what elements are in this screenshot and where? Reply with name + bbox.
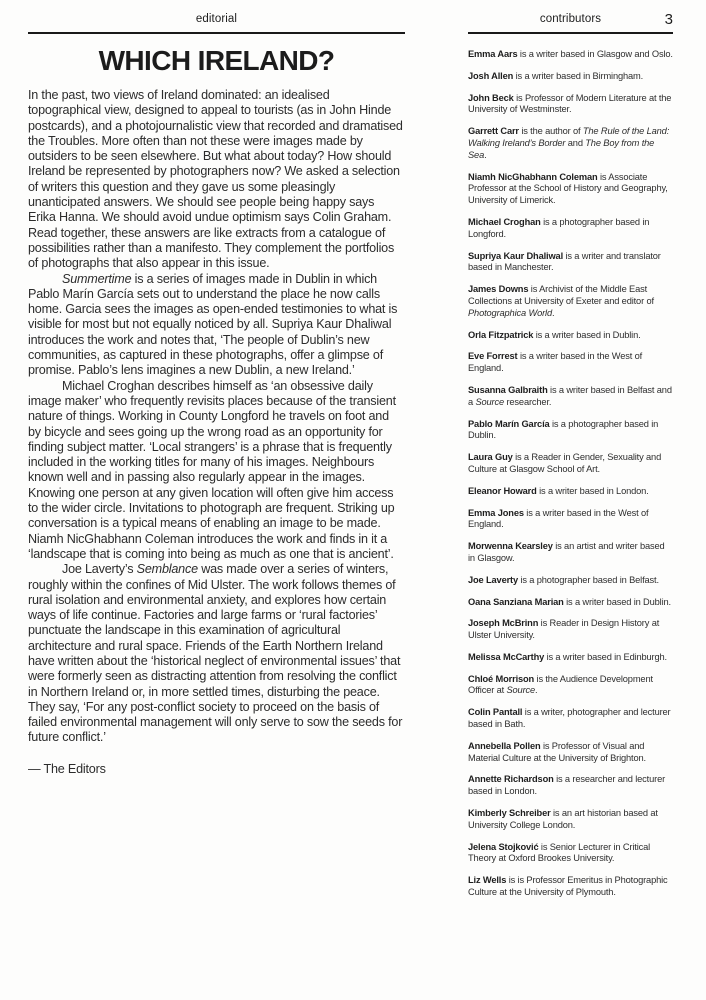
contributor-entry: Joe Laverty is a photographer based in B… xyxy=(468,575,673,587)
contributor-name: Colin Pantall xyxy=(468,707,522,717)
contributor-name: John Beck xyxy=(468,93,514,103)
contributor-entry: John Beck is Professor of Modern Literat… xyxy=(468,93,673,117)
contributor-entry: Laura Guy is a Reader in Gender, Sexuali… xyxy=(468,452,673,476)
contributor-entry: Eleanor Howard is a writer based in Lond… xyxy=(468,486,673,498)
editorial-paragraph: Joe Laverty’s Semblance was made over a … xyxy=(28,562,405,746)
editorial-paragraph: In the past, two views of Ireland domina… xyxy=(28,88,405,272)
contributor-entry: Susanna Galbraith is a writer based in B… xyxy=(468,385,673,409)
contributor-entry: Joseph McBrinn is Reader in Design Histo… xyxy=(468,618,673,642)
contributor-name: Morwenna Kearsley xyxy=(468,541,553,551)
magazine-page: editorial WHICH IRELAND? In the past, tw… xyxy=(0,0,706,1000)
contributor-name: James Downs xyxy=(468,284,528,294)
contributor-name: Josh Allen xyxy=(468,71,513,81)
contributor-name: Joe Laverty xyxy=(468,575,518,585)
contributor-name: Jelena Stojković xyxy=(468,842,538,852)
contributor-entry: Jelena Stojković is Senior Lecturer in C… xyxy=(468,842,673,866)
contributor-entry: Emma Aars is a writer based in Glasgow a… xyxy=(468,49,673,61)
contributor-entry: Eve Forrest is a writer based in the Wes… xyxy=(468,351,673,375)
contributor-name: Susanna Galbraith xyxy=(468,385,548,395)
contributor-name: Kimberly Schreiber xyxy=(468,808,551,818)
editorial-header-rule xyxy=(28,32,405,34)
contributor-name: Annette Richardson xyxy=(468,774,554,784)
contributor-entry: James Downs is Archivist of the Middle E… xyxy=(468,284,673,319)
contributor-entry: Supriya Kaur Dhaliwal is a writer and tr… xyxy=(468,251,673,275)
contributor-entry: Colin Pantall is a writer, photographer … xyxy=(468,707,673,731)
contributor-entry: Liz Wells is is Professor Emeritus in Ph… xyxy=(468,875,673,899)
contributor-name: Chloé Morrison xyxy=(468,674,534,684)
contributor-entry: Orla Fitzpatrick is a writer based in Du… xyxy=(468,330,673,342)
editorial-paragraph: Summertime is a series of images made in… xyxy=(28,272,405,379)
contributor-name: Orla Fitzpatrick xyxy=(468,330,533,340)
contributor-name: Eve Forrest xyxy=(468,351,518,361)
contributor-name: Melissa McCarthy xyxy=(468,652,544,662)
contributors-header-rule xyxy=(468,32,673,34)
contributors-list: Emma Aars is a writer based in Glasgow a… xyxy=(468,49,673,899)
contributors-header: contributors 3 xyxy=(468,13,673,32)
editorial-signoff: — The Editors xyxy=(28,762,405,776)
contributor-entry: Chloé Morrison is the Audience Developme… xyxy=(468,674,673,698)
editorial-body: In the past, two views of Ireland domina… xyxy=(28,88,405,746)
contributor-name: Supriya Kaur Dhaliwal xyxy=(468,251,563,261)
page-title: WHICH IRELAND? xyxy=(28,45,405,77)
editorial-paragraph: Michael Croghan describes himself as ‘an… xyxy=(28,379,405,563)
contributor-name: Michael Croghan xyxy=(468,217,541,227)
contributor-name: Oana Sanziana Marian xyxy=(468,597,564,607)
contributor-entry: Melissa McCarthy is a writer based in Ed… xyxy=(468,652,673,664)
contributor-name: Emma Aars xyxy=(468,49,517,59)
contributor-entry: Pablo Marín García is a photographer bas… xyxy=(468,419,673,443)
contributor-entry: Josh Allen is a writer based in Birmingh… xyxy=(468,71,673,83)
contributor-name: Laura Guy xyxy=(468,452,513,462)
contributor-name: Emma Jones xyxy=(468,508,524,518)
contributor-entry: Kimberly Schreiber is an art historian b… xyxy=(468,808,673,832)
contributor-entry: Niamh NicGhabhann Coleman is Associate P… xyxy=(468,172,673,207)
contributors-column: contributors 3 Emma Aars is a writer bas… xyxy=(468,13,673,909)
contributor-name: Liz Wells xyxy=(468,875,506,885)
contributor-name: Joseph McBrinn xyxy=(468,618,538,628)
contributor-name: Niamh NicGhabhann Coleman xyxy=(468,172,598,182)
contributor-name: Eleanor Howard xyxy=(468,486,537,496)
contributor-name: Garrett Carr xyxy=(468,126,519,136)
contributor-entry: Garrett Carr is the author of The Rule o… xyxy=(468,126,673,161)
page-number: 3 xyxy=(665,12,673,27)
contributor-entry: Morwenna Kearsley is an artist and write… xyxy=(468,541,673,565)
contributor-entry: Oana Sanziana Marian is a writer based i… xyxy=(468,597,673,609)
contributors-running-head: contributors xyxy=(468,13,673,32)
editorial-column: editorial WHICH IRELAND? In the past, tw… xyxy=(28,13,405,776)
contributor-entry: Emma Jones is a writer based in the West… xyxy=(468,508,673,532)
contributor-entry: Annebella Pollen is Professor of Visual … xyxy=(468,741,673,765)
editorial-running-head: editorial xyxy=(28,13,405,32)
contributor-entry: Annette Richardson is a researcher and l… xyxy=(468,774,673,798)
contributor-name: Annebella Pollen xyxy=(468,741,541,751)
contributor-name: Pablo Marín García xyxy=(468,419,550,429)
contributor-entry: Michael Croghan is a photographer based … xyxy=(468,217,673,241)
